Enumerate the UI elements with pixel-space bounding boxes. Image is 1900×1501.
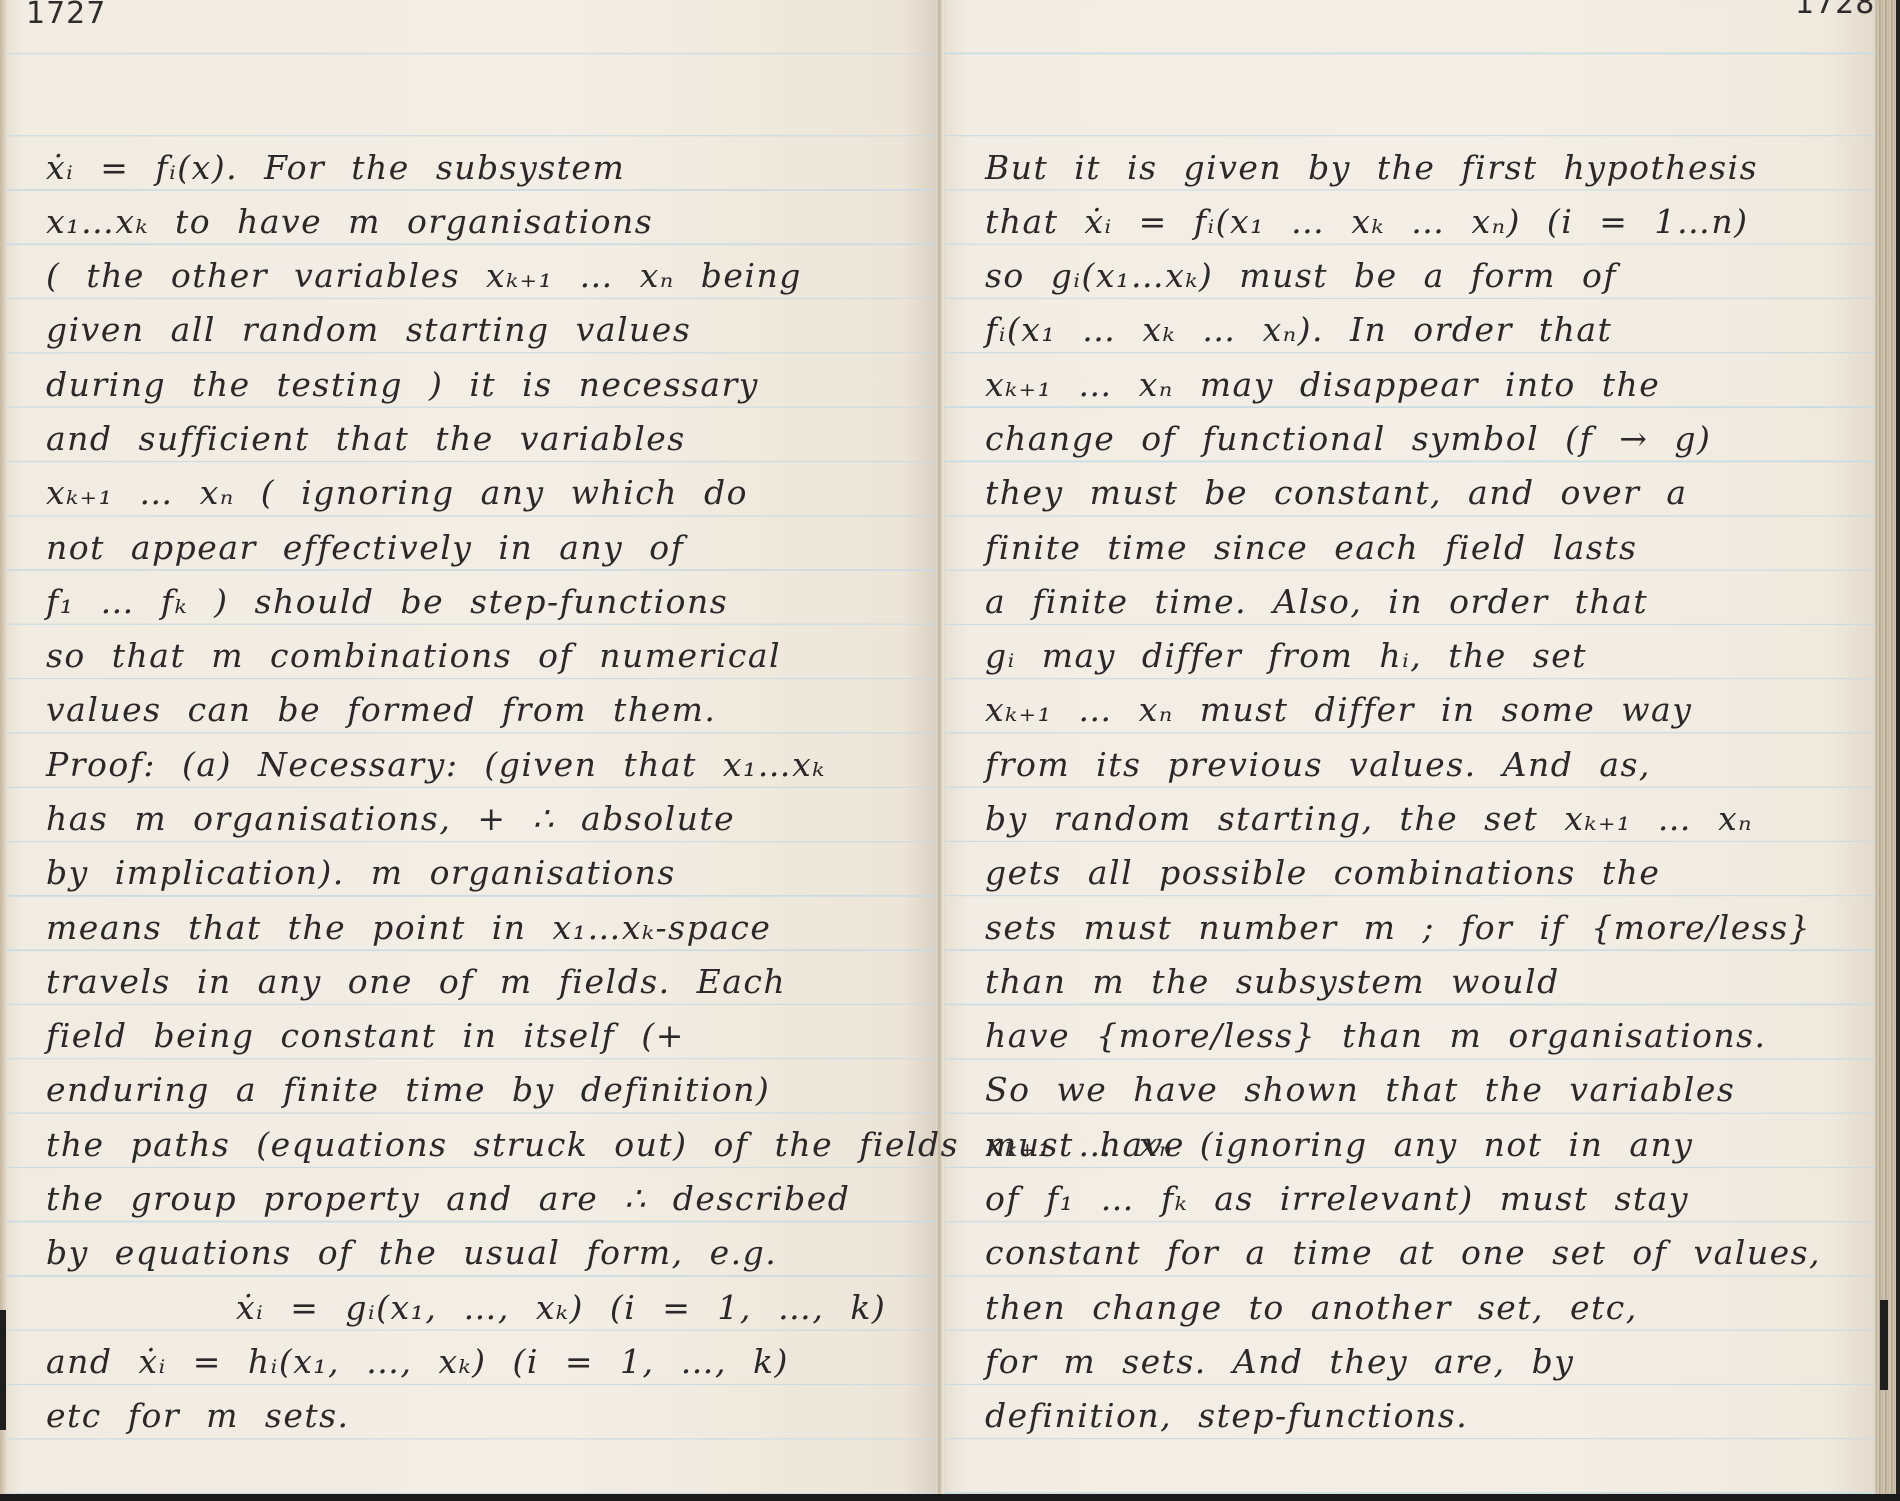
text-line: change of functional symbol (f → g) (985, 419, 1711, 458)
text-line: and sufficient that the variables (46, 419, 686, 458)
cover-edge (1896, 0, 1900, 1501)
text-line: by random starting, the set xₖ₊₁ … xₙ (985, 799, 1753, 838)
text-line: field being constant in itself (+ (46, 1016, 685, 1055)
text-line: definition, step-functions. (985, 1396, 1468, 1435)
text-line: f₁ … fₖ ) should be step-functions (46, 582, 728, 621)
text-line: travels in any one of m fields. Each (46, 962, 786, 1001)
equation-line: ẋᵢ = gᵢ(x₁, …, xₖ) (i = 1, …, k) (236, 1288, 886, 1327)
text-line: for m sets. And they are, by (985, 1342, 1574, 1381)
left-page-number: 1727 (26, 0, 106, 31)
text-line: a finite time. Also, in order that (985, 582, 1648, 621)
binding-stitch-left (0, 1310, 6, 1430)
binding-stitch-right (1880, 1300, 1888, 1390)
text-line: values can be formed from them. (46, 690, 716, 729)
text-line: enduring a finite time by definition) (46, 1070, 770, 1109)
text-line: has m organisations, + ∴ absolute (46, 799, 735, 838)
text-line: xₖ₊₁ … xₙ must differ in some way (985, 690, 1692, 729)
text-line: xₖ₊₁ … xₙ may disappear into the (985, 365, 1660, 404)
text-line: ẋᵢ = fᵢ(x). For the subsystem (46, 148, 625, 187)
bottom-cover-edge (0, 1494, 1900, 1501)
text-line: etc for m sets. (46, 1396, 350, 1435)
text-line: ( the other variables xₖ₊₁ … xₙ being (46, 256, 802, 295)
text-line: not appear effectively in any of (46, 528, 684, 567)
proof-heading-line: Proof: (a) Necessary: (given that x₁…xₖ (46, 745, 826, 784)
text-line: they must be constant, and over a (985, 473, 1688, 512)
text-line: fᵢ(x₁ … xₖ … xₙ). In order that (985, 310, 1612, 349)
text-line: sets must number m ; for if {more/less} (985, 908, 1811, 947)
text-line: But it is given by the first hypothesis (985, 148, 1758, 187)
text-line: constant for a time at one set of values… (985, 1233, 1821, 1272)
text-line: gᵢ may differ from hᵢ, the set (985, 636, 1587, 675)
text-line: by equations of the usual form, e.g. (46, 1233, 777, 1272)
text-line: then change to another set, etc, (985, 1288, 1638, 1327)
left-page-edge (0, 0, 6, 1494)
text-line: xₖ₊₁ … xₙ ( ignoring any which do (46, 473, 748, 512)
text-line: the group property and are ∴ described (46, 1179, 850, 1218)
text-line: x₁…xₖ to have m organisations (46, 202, 653, 241)
equation-line: and ẋᵢ = hᵢ(x₁, …, xₖ) (i = 1, …, k) (46, 1342, 789, 1381)
notebook-spread: 1727 1728 ẋᵢ = fᵢ(x). For the subsystem … (0, 0, 1900, 1494)
equation-line: that ẋᵢ = fᵢ(x₁ … xₖ … xₙ) (i = 1…n) (985, 202, 1749, 241)
text-line: have {more/less} than m organisations. (985, 1016, 1767, 1055)
text-line: gets all possible combinations the (985, 853, 1660, 892)
text-line: of f₁ … fₖ as irrelevant) must stay (985, 1179, 1689, 1218)
right-page-number: 1728 (1795, 0, 1875, 21)
text-line: So we have shown that the variables (985, 1070, 1735, 1109)
text-line: during the testing ) it is necessary (46, 365, 759, 404)
text-line: from its previous values. And as, (985, 745, 1651, 784)
text-line: finite time since each field lasts (985, 528, 1637, 567)
text-line: than m the subsystem would (985, 962, 1560, 1001)
text-line: means that the point in x₁…xₖ-space (46, 908, 771, 947)
text-line: so that m combinations of numerical (46, 636, 781, 675)
text-line: by implication). m organisations (46, 853, 676, 892)
text-line: so gᵢ(x₁…xₖ) must be a form of (985, 256, 1617, 295)
text-line: xₖ₊₁ … xₙ (ignoring any not in any (985, 1125, 1693, 1164)
text-line: given all random starting values (46, 310, 691, 349)
binding-gutter (936, 0, 944, 1494)
